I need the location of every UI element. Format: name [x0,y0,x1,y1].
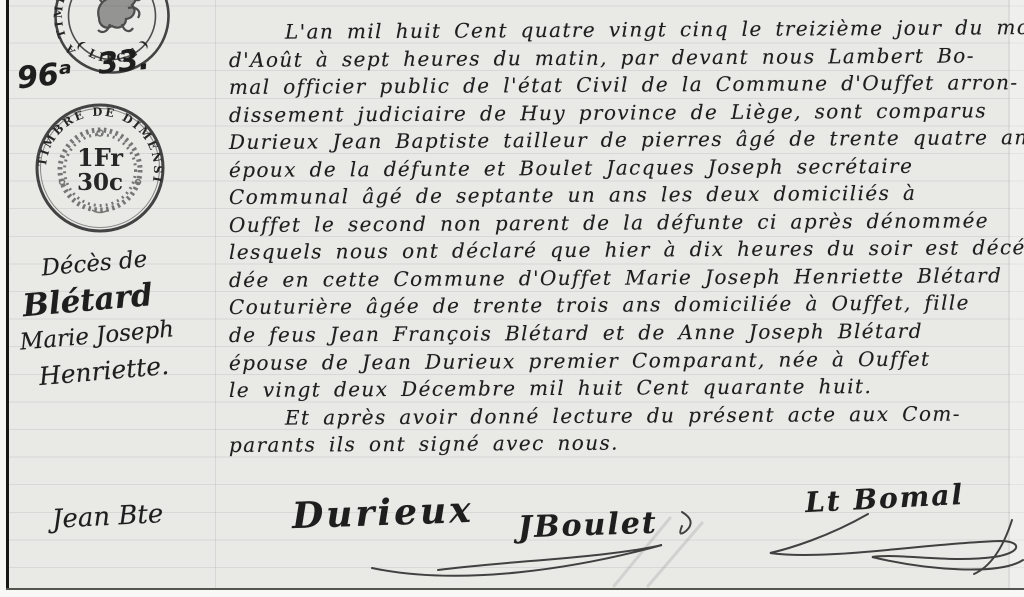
signature-witness-boulet: JBoulet [517,506,658,546]
page-left-edge-line [6,0,9,590]
lion-rampant-icon [98,0,142,32]
act-number-value: 33. [96,42,151,81]
act-body-text: L'an mil huit Cent quatre vingt cinq le … [229,19,1024,460]
act-body-line: mal officier public de l'état Civil de l… [229,69,1024,102]
margin-note-deceased: Décès de Blétard Marie Joseph Henriette. [10,235,227,396]
act-number-folio: 96ᵃ [15,56,74,97]
signature-declarant-last: Durieux [291,489,474,537]
stamp-value-francs: 1Fr [77,143,123,172]
stamp-value-centimes: 30c [77,169,123,196]
act-body-line: le vingt deux Décembre mil huit Cent qua… [229,372,1024,405]
act-body-line: L'an mil huit Cent quatre vingt cinq le … [229,14,1024,47]
act-body-line: Durieux Jean Baptiste tailleur de pierre… [229,124,1024,157]
dimension-fee-stamp: TIMBRE DE DIMENSION 1Fr 30c [30,98,170,238]
act-body-line: de feus Jean François Blétard et de Anne… [229,317,1024,350]
scanned-death-record-page: A TIMBRER RE ( LIEGE ) 96ᵃ 33. TIMBRE DE… [0,0,1024,597]
signature-declarant-first: Jean Bte [51,499,164,535]
act-body-line: parants ils ont signé avec nous. [229,427,1024,460]
scan-bottom-margin [0,590,1024,597]
